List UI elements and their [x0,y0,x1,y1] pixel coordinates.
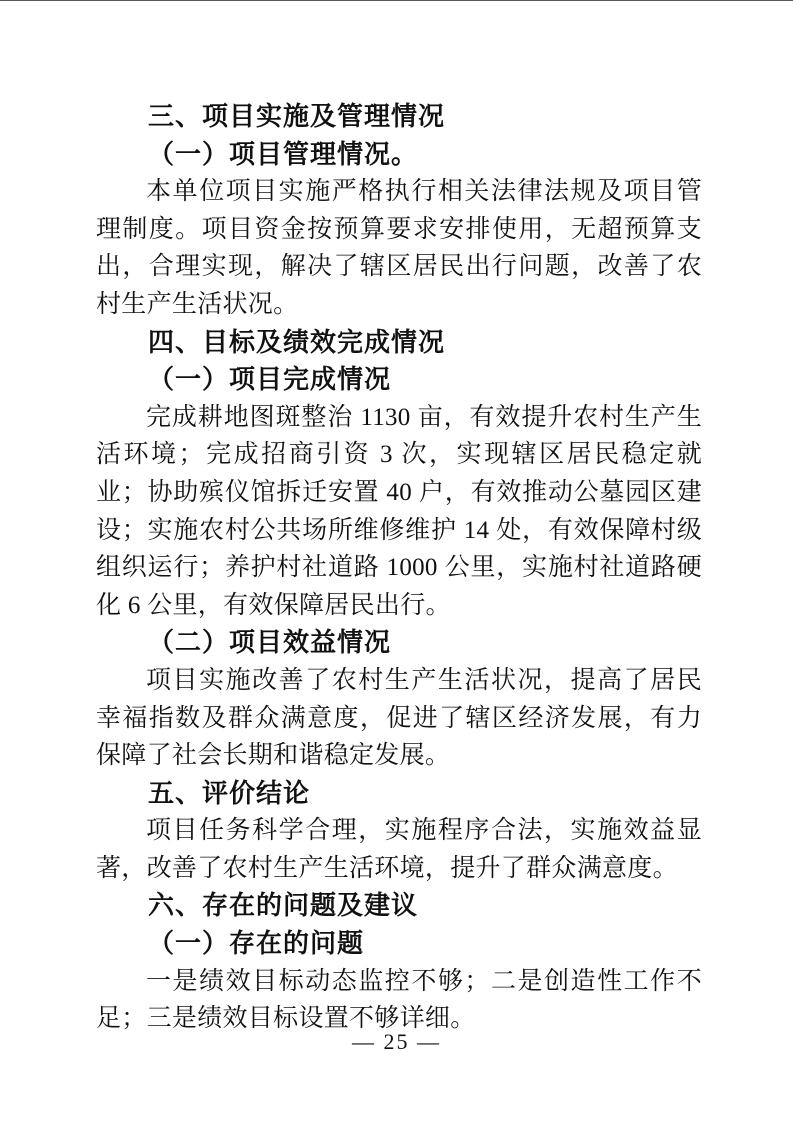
paragraph-project-completion: 完成耕地图斑整治 1130 亩，有效提升农村生产生活环境；完成招商引资 3 次，… [96,399,702,625]
sub-heading-existing-problems: （一）存在的问题 [96,925,702,963]
section-heading-4: 四、目标及绩效完成情况 [96,324,702,362]
document-body: 三、项目实施及管理情况 （一）项目管理情况。 本单位项目实施严格执行相关法律法规… [96,98,702,1038]
paragraph-project-management: 本单位项目实施严格执行相关法律法规及项目管理制度。项目资金按预算要求安排使用，无… [96,173,702,323]
paragraph-project-benefit: 项目实施改善了农村生产生活状况，提高了居民幸福指数及群众满意度，促进了辖区经济发… [96,662,702,775]
document-page: 三、项目实施及管理情况 （一）项目管理情况。 本单位项目实施严格执行相关法律法规… [0,0,793,1122]
section-heading-6: 六、存在的问题及建议 [96,887,702,925]
section-heading-3: 三、项目实施及管理情况 [96,98,702,136]
paragraph-evaluation-conclusion: 项目任务科学合理，实施程序合法，实施效益显著，改善了农村生产生活环境，提升了群众… [96,812,702,887]
page-number: — 25 — [0,1027,793,1057]
sub-heading-project-benefit: （二）项目效益情况 [96,624,702,662]
sub-heading-project-completion: （一）项目完成情况 [96,361,702,399]
sub-heading-project-management: （一）项目管理情况。 [96,136,702,174]
section-heading-5: 五、评价结论 [96,775,702,813]
